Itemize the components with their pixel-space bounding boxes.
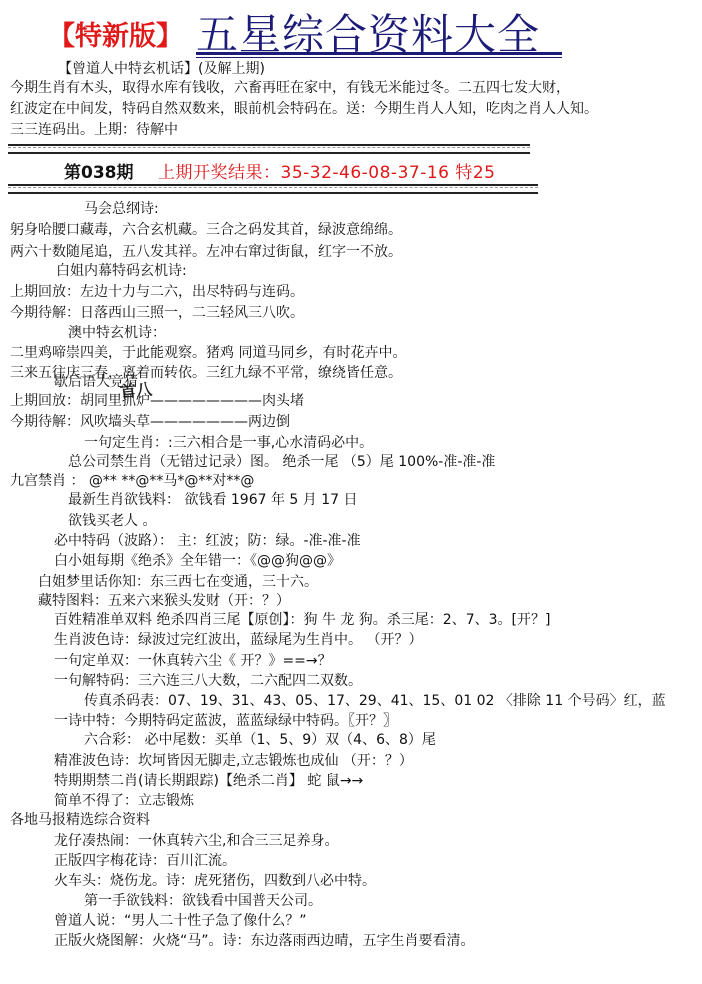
info-line: 特期期禁二肖(请长期跟踪)【绝杀二肖】 蛇 鼠→→ xyxy=(54,772,363,790)
issue-number: 第038期 xyxy=(64,158,134,183)
poem-line: 二里鸡啼崇四美，于此能观察。猪鸡 同道马同乡，有时花卉中。 xyxy=(10,344,406,362)
info-line: 白小姐每期《绝杀》全年错一：《@@狗@@》 xyxy=(54,552,341,570)
section-heading-baijie: 白姐内幕特码玄机诗: xyxy=(56,262,187,280)
info-line: 一句定生肖：:三六相合是一事,心水清码必中。 xyxy=(84,434,373,452)
info-line: 欲钱买老人 。 xyxy=(68,512,156,530)
info-line: 生肖波色诗：绿波过完红波出，蓝绿尾为生肖中。 （开？） xyxy=(54,631,422,649)
poem-line: 今期待解：日落西山三照一，二三轻风三八吹。 xyxy=(10,304,304,322)
info-line: 六合彩： 必中尾数：买单（1、5、9）双（4、6、8）尾 xyxy=(84,731,436,749)
regional-line: 正版四字梅花诗：百川汇流。 xyxy=(54,852,236,870)
regional-line: 龙仔凑热闹：一休真转六尘,和合三三足养身。 xyxy=(54,832,338,850)
title-underline xyxy=(196,52,562,55)
info-line: 百姓精准单双料 绝杀四肖三尾【原创】：狗 牛 龙 狗。杀三尾：2、7、3。[开？… xyxy=(54,611,550,629)
info-line: 一句解特码：三六连三八大数，二六配四二双数。 xyxy=(54,672,362,690)
title-underline-thin xyxy=(196,57,562,58)
intro-line: 今期生肖有木头，取得水库有钱收，六畜再旺在家中，有钱无米能过冬。二五四七发大财， xyxy=(10,79,570,97)
info-line: 一句定单双：一休真转六尘《 开？》==→？ xyxy=(54,652,332,670)
separator-bottom xyxy=(8,184,538,194)
intro-line: 三三连码出。上期：待解中 xyxy=(10,121,178,139)
section-heading-regional: 各地马报精选综合资料 xyxy=(10,811,150,829)
info-line: 必中特码（波路）： 主：红波；防：绿。-准-准-准 xyxy=(54,532,361,550)
regional-line: 正版火烧图解：火烧“马”。诗：东边落雨西边晴，五字生肖要看清。 xyxy=(54,932,475,950)
info-line: 传真杀码表：07、19、31、43、05、17、29、41、15、01 02 〈… xyxy=(84,692,666,710)
section-heading-aozhong: 澳中特玄机诗： xyxy=(68,324,166,342)
info-line: 总公司禁生肖（无错过记录）图。 绝杀一尾 （5）尾 100%-准-准-准 xyxy=(68,453,495,471)
poem-line: 上期回放：左边十力与二六，出尽特码与连码。 xyxy=(10,283,304,301)
info-line: 白姐梦里话你知：东三西七在变通，三十六。 xyxy=(38,573,318,591)
last-draw-result: 上期开奖结果：35-32-46-08-37-16 特25 xyxy=(158,158,496,183)
regional-line: 曾道人说：“男人二十性子急了像什么？” xyxy=(54,912,307,930)
riddle-line: 今期待解：风吹墙头草———————两边倒 xyxy=(10,413,290,431)
edition-badge: 【特新版】 xyxy=(48,14,183,53)
info-line: 最新生肖欲钱料： 欲钱看 1967 年 5 月 17 日 xyxy=(68,491,358,509)
regional-line: 火车头：烧伤龙。诗：虎死猪伤，四数到八必中特。 xyxy=(54,872,376,890)
poem-line: 躬身哈腰口藏毒，六合玄机藏。三合之码发其首，绿波意绵绵。 xyxy=(10,221,402,239)
riddle-line: 上期回放：胡同里抓炉————————肉头堵 xyxy=(10,392,304,410)
intro-line: 红波定在中间发，特码自然双数来，眼前机会特码在。送：今期生肖人人知，吃肉之肖人人… xyxy=(10,100,598,118)
info-line: 九宫禁肖 ： @** **@**马*@**对**@ xyxy=(10,472,254,490)
info-line: 藏特图料：五来六来猴头发财（开：？） xyxy=(38,592,290,610)
separator-top xyxy=(8,144,530,154)
info-line: 简单不得了：立志锻炼 xyxy=(54,792,194,810)
regional-line: 第一手欲钱料：欲钱看中国普天公司。 xyxy=(84,892,322,910)
section-heading-mahui: 马会总纲诗: xyxy=(84,200,159,218)
info-line: 精准波色诗：坎坷皆因无脚走,立志锻炼也成仙 （开：？） xyxy=(54,752,413,770)
poem-line: 两六十数随尾追，五八发其祥。左冲右窜过街鼠，红字一不放。 xyxy=(10,243,402,261)
info-line: 一诗中特：今期特码定蓝波，蓝蓝绿绿中特码。〖开？〗 xyxy=(54,712,397,730)
intro-heading: 【曾道人中特玄机话】(及解上期) xyxy=(58,60,265,78)
